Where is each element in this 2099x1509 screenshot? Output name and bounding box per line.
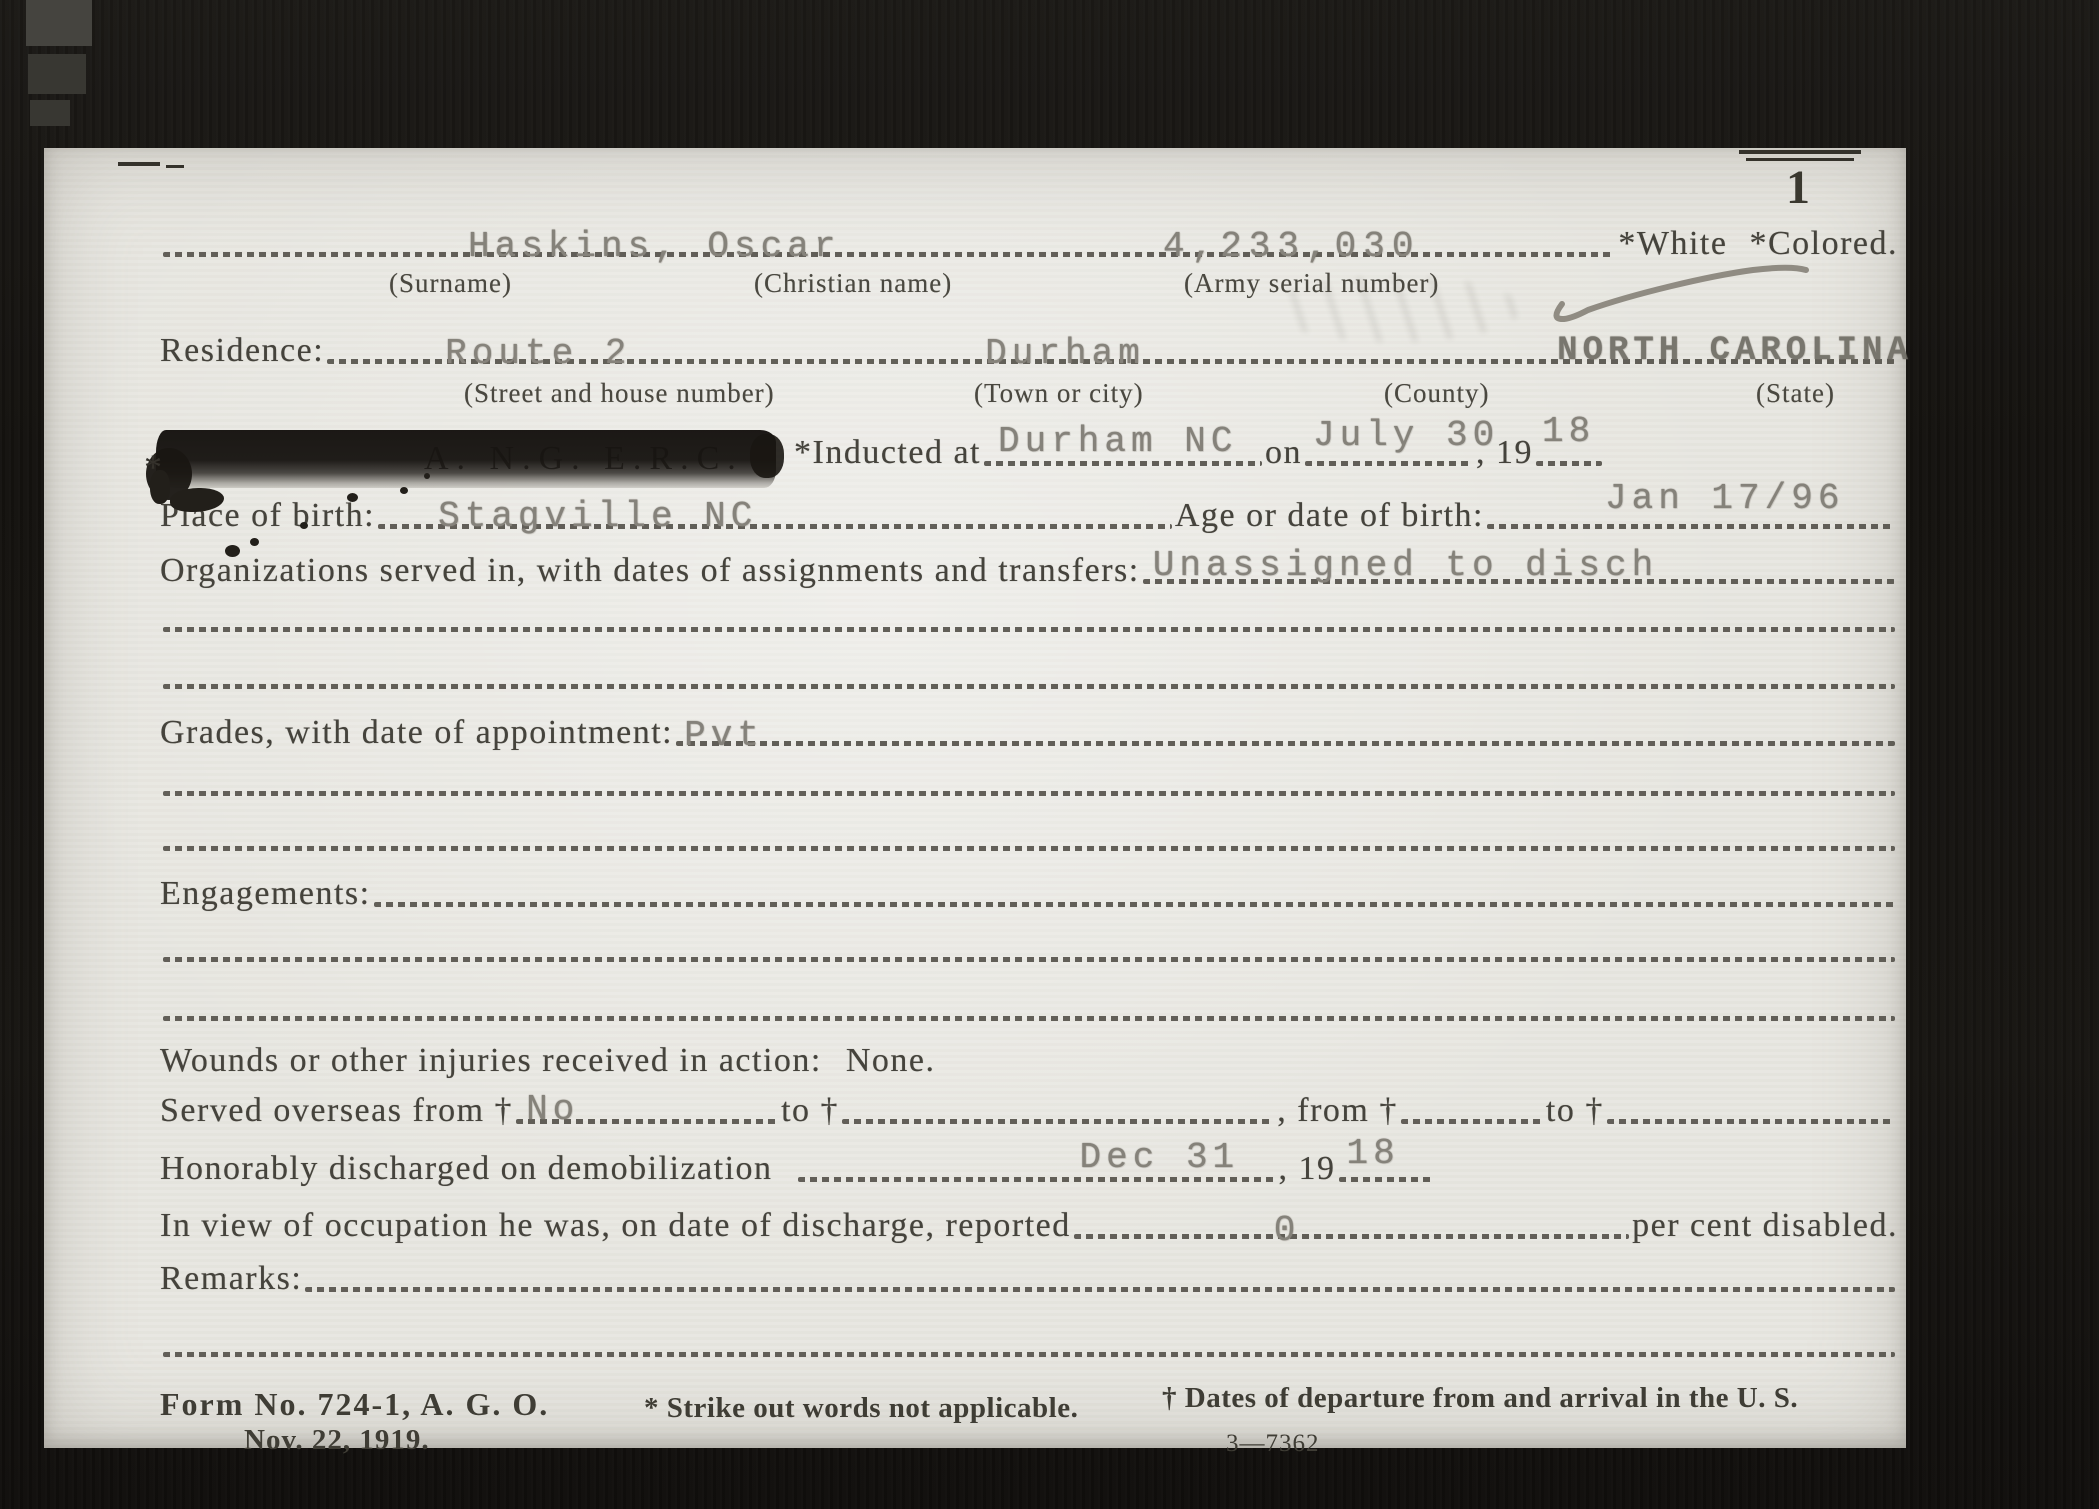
disability-post-label: per cent disabled. <box>1632 1209 1898 1245</box>
dotted-rule: Jan 17/96 <box>1487 524 1895 529</box>
film-edge-block <box>28 54 86 94</box>
dotted-rule <box>163 1016 1895 1021</box>
residence-label: Residence: <box>160 334 324 370</box>
serial-value: 4,233,030 <box>1163 229 1420 265</box>
colored-label: *Colored. <box>1749 227 1898 263</box>
pencil-strikethrough <box>1548 258 1828 322</box>
blank-line-row <box>160 979 1898 1027</box>
dotted-rule: Pvt <box>676 741 1895 746</box>
organizations-value: Unassigned to disch <box>1153 548 1658 584</box>
blank-line-row <box>160 754 1898 802</box>
birth-row: Place of birth: Stagville NC Age or date… <box>160 487 1898 535</box>
place-of-birth-value: Stagville NC <box>438 499 757 535</box>
scan-background: 1 Haskins, Oscar 4,233,030 *White *Color… <box>0 0 2099 1509</box>
remarks-label: Remarks: <box>160 1262 302 1298</box>
overseas-from-value: No <box>526 1092 579 1128</box>
overseas-from2-label: , from † <box>1277 1094 1398 1130</box>
remarks-row: Remarks: <box>160 1250 1898 1298</box>
dotted-rule: Dec 31 <box>798 1177 1276 1182</box>
organizations-row: Organizations served in, with dates of a… <box>160 542 1898 590</box>
stray-mark <box>1739 150 1861 154</box>
film-edge-block <box>30 100 70 126</box>
blank-line-row <box>160 590 1898 638</box>
blank-line-row <box>160 1315 1898 1363</box>
overseas-to-label: to † <box>781 1094 839 1130</box>
wounds-row: Wounds or other injuries received in act… <box>160 1032 1898 1080</box>
inducted-at-label: *Inducted at <box>794 436 981 472</box>
residence-row: Residence: Route 2 Durham NORTH CAROLINA <box>160 322 1898 370</box>
dotted-rule: July 30 <box>1305 461 1473 466</box>
overseas-row: Served overseas from † No to † , from † … <box>160 1082 1898 1130</box>
asterisk-mark: * <box>144 446 162 488</box>
grades-value: Pvt <box>684 718 764 754</box>
dotted-rule: 18 <box>1339 1177 1433 1182</box>
strike-out-note: * Strike out words not applicable. <box>644 1392 1078 1425</box>
dotted-rule: No <box>516 1119 778 1124</box>
dotted-rule <box>305 1287 1895 1292</box>
inducted-place-value: Durham NC <box>998 424 1237 460</box>
dotted-rule <box>163 1352 1895 1357</box>
dotted-rule <box>163 684 1895 689</box>
engagements-row: Engagements: <box>160 865 1898 913</box>
dagger-note: † Dates of departure from and arrival in… <box>1162 1382 1798 1415</box>
dotted-rule: 18 <box>1536 461 1602 466</box>
engagements-label: Engagements: <box>160 877 371 913</box>
name-serial-row: Haskins, Oscar 4,233,030 *White *Colored… <box>160 215 1898 263</box>
street-caption: (Street and house number) <box>464 378 775 409</box>
form-date: Nov. 22, 1919. <box>244 1424 430 1457</box>
stray-mark <box>118 162 160 166</box>
dotted-rule <box>1607 1119 1895 1124</box>
dotted-rule: Route 2 Durham NORTH CAROLINA <box>327 359 1895 364</box>
dotted-rule: 0 <box>1074 1234 1629 1239</box>
disability-value: 0 <box>1274 1213 1301 1249</box>
service-record-card: 1 Haskins, Oscar 4,233,030 *White *Color… <box>44 148 1906 1448</box>
name-value: Haskins, Oscar <box>468 229 840 265</box>
age-label: Age or date of birth: <box>1175 499 1484 535</box>
induction-date-value: July 30 <box>1313 418 1499 454</box>
dotted-rule: Unassigned to disch <box>1143 579 1895 584</box>
dotted-rule: Haskins, Oscar 4,233,030 <box>163 252 1615 257</box>
town-caption: (Town or city) <box>974 378 1144 409</box>
blank-line-row <box>160 920 1898 968</box>
dotted-rule: Durham NC <box>984 461 1262 466</box>
dotted-rule <box>163 957 1895 962</box>
stray-mark <box>166 165 184 168</box>
induction-year-value: 18 <box>1542 414 1595 450</box>
ink-bleedthrough-ghost <box>1270 276 1520 342</box>
dotted-rule <box>163 791 1895 796</box>
discharge-date-value: Dec 31 <box>1080 1140 1240 1176</box>
dotted-rule: Stagville NC <box>378 524 1172 529</box>
page-number: 1 <box>1786 160 1810 215</box>
blank-line-row <box>160 809 1898 857</box>
print-code: 3—7362 <box>1226 1430 1320 1458</box>
state-value: NORTH CAROLINA <box>1557 334 1913 368</box>
ink-blot-redaction <box>156 430 776 488</box>
organizations-label: Organizations served in, with dates of a… <box>160 554 1140 590</box>
state-caption: (State) <box>1756 378 1835 409</box>
discharge-year-value: 18 <box>1347 1136 1400 1172</box>
discharge-year-prefix: , 19 <box>1279 1152 1336 1188</box>
county-caption: (County) <box>1384 378 1490 409</box>
discharge-label: Honorably discharged on demobilization <box>160 1152 773 1188</box>
disability-pre-label: In view of occupation he was, on date of… <box>160 1209 1071 1245</box>
grades-label: Grades, with date of appointment: <box>160 716 673 752</box>
on-label: on <box>1265 436 1302 472</box>
wounds-value: None. <box>846 1044 936 1080</box>
overseas-from-label: Served overseas from † <box>160 1094 513 1130</box>
blank-line-row <box>160 647 1898 695</box>
disability-row: In view of occupation he was, on date of… <box>160 1197 1898 1245</box>
street-value: Route 2 <box>445 336 631 372</box>
film-edge-block <box>26 0 92 46</box>
wounds-label: Wounds or other injuries received in act… <box>160 1044 822 1080</box>
town-value: Durham <box>985 336 1145 372</box>
discharge-row: Honorably discharged on demobilization D… <box>160 1140 1898 1188</box>
white-label: *White <box>1618 227 1727 263</box>
grades-row: Grades, with date of appointment: Pvt <box>160 704 1898 752</box>
dotted-rule <box>163 846 1895 851</box>
age-value: Jan 17/96 <box>1605 481 1844 517</box>
dotted-rule <box>1401 1119 1543 1124</box>
surname-caption: (Surname) <box>389 268 512 299</box>
dotted-rule <box>163 627 1895 632</box>
christian-name-caption: (Christian name) <box>754 268 952 299</box>
overseas-to2-label: to † <box>1546 1094 1604 1130</box>
dotted-rule <box>374 902 1895 907</box>
form-number: Form No. 724-1, A. G. O. <box>160 1386 549 1423</box>
dotted-rule <box>842 1119 1274 1124</box>
